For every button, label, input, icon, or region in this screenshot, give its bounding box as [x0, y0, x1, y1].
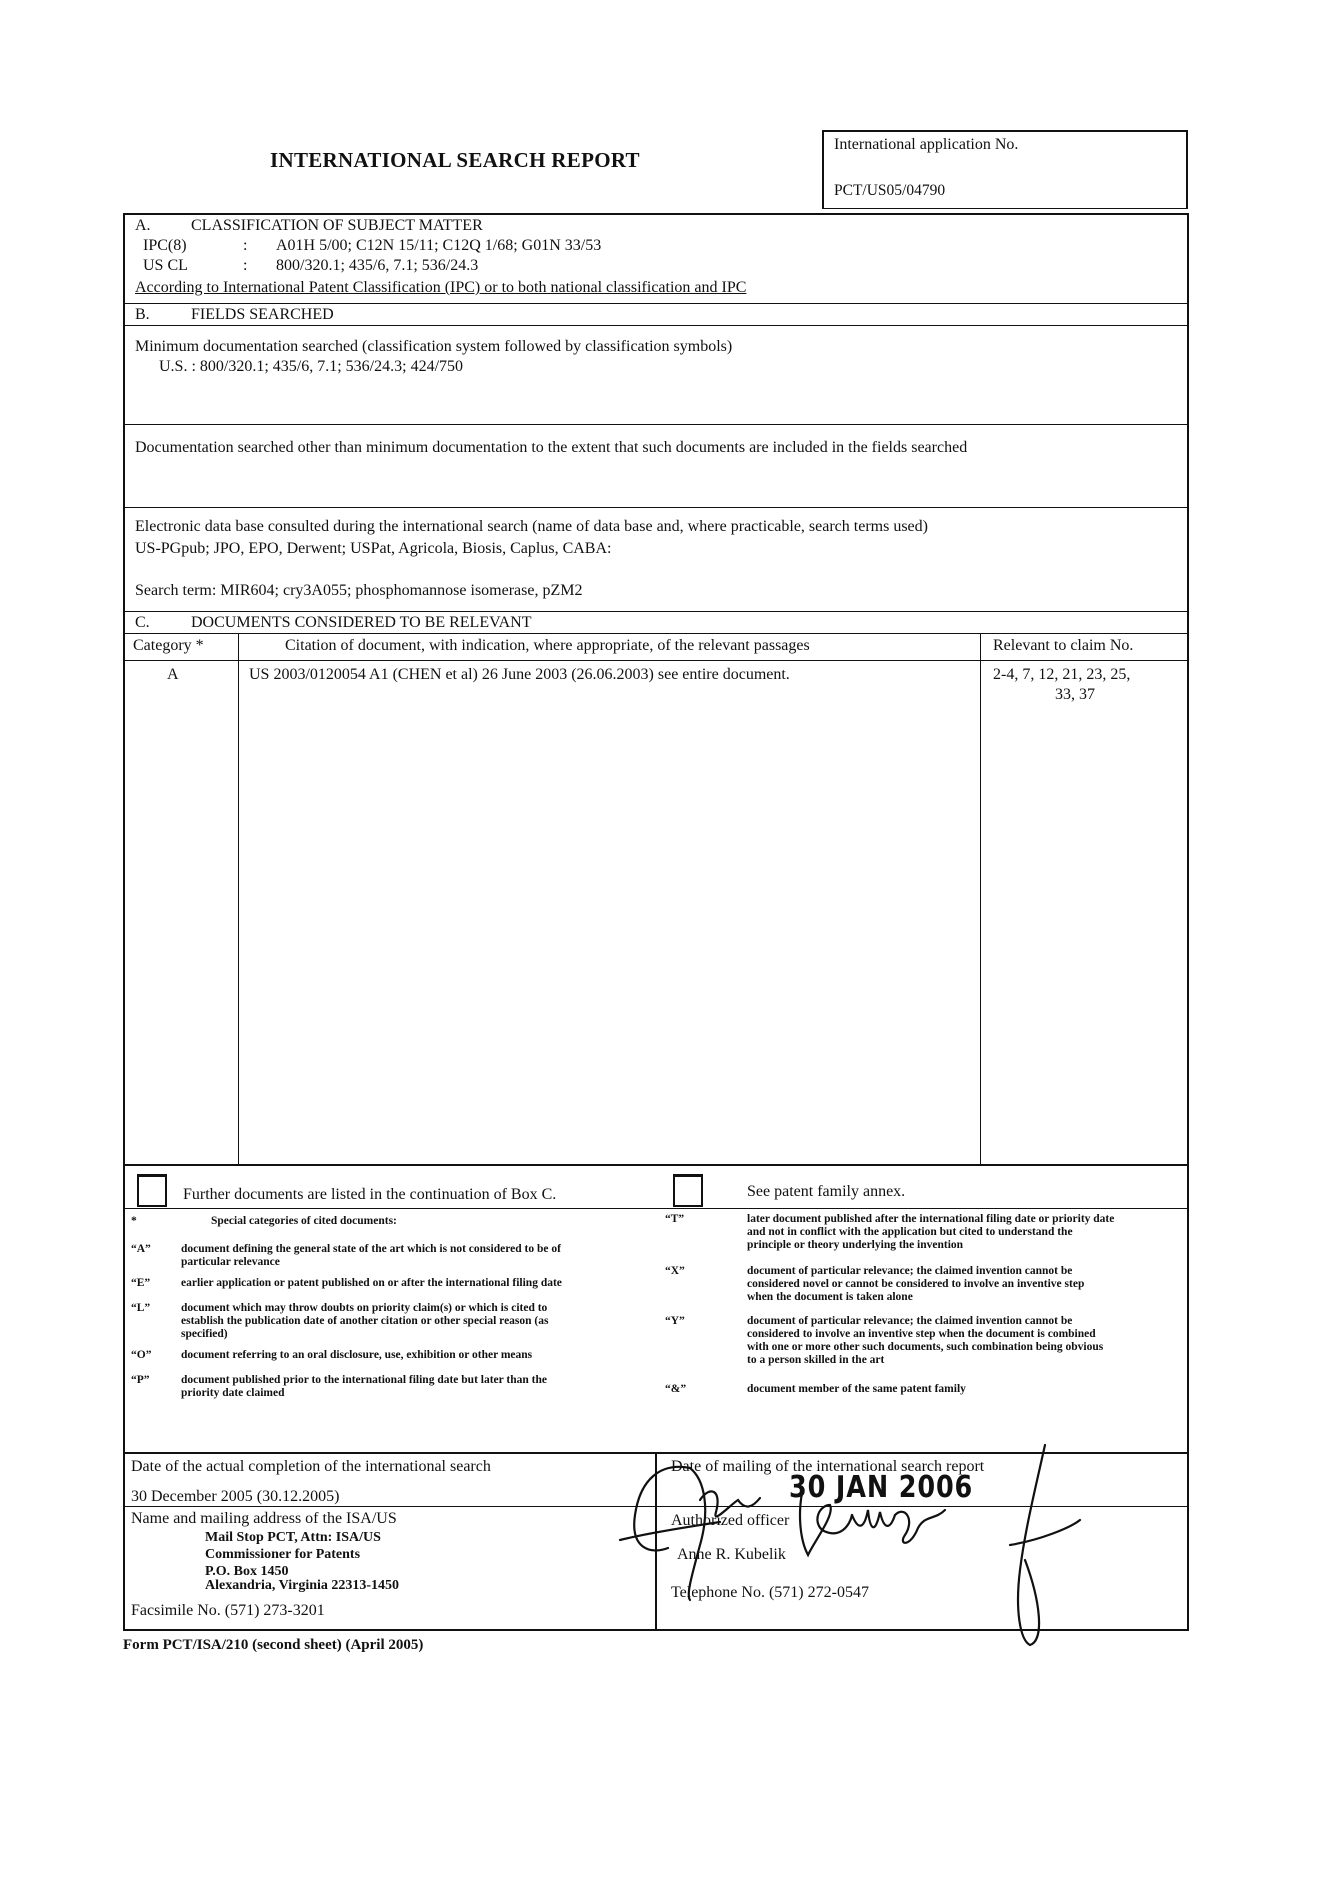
section-b-letter: B. — [135, 304, 191, 325]
officer-name: Anne R. Kubelik — [677, 1546, 786, 1564]
row-citation: US 2003/0120054 A1 (CHEN et al) 26 June … — [249, 666, 790, 684]
category-key: “E” — [131, 1277, 150, 1290]
section-b-header: B.FIELDS SEARCHED — [125, 304, 1187, 326]
special-categories: * Special categories of cited documents:… — [125, 1209, 1187, 1452]
row-claims: 2-4, 7, 12, 21, 23, 25, — [993, 666, 1130, 684]
continuation-checkboxes: Further documents are listed in the cont… — [125, 1166, 1187, 1209]
application-number-box: International application No. PCT/US05/0… — [822, 130, 1188, 209]
citations-table: Category * Citation of document, with in… — [125, 634, 1187, 1166]
according-note: According to International Patent Classi… — [135, 279, 746, 297]
category-key: “A” — [131, 1243, 151, 1256]
facsimile: Facsimile No. (571) 273-3201 — [131, 1602, 325, 1620]
isa-address-3: P.O. Box 1450 — [205, 1564, 289, 1579]
category-description: document published prior to the internat… — [181, 1374, 547, 1400]
isa-address-2: Commissioner for Patents — [205, 1547, 360, 1562]
category-key: “P” — [131, 1374, 150, 1387]
uscl-value: 800/320.1; 435/6, 7.1; 536/24.3 — [276, 257, 478, 274]
category-key: “X” — [665, 1265, 685, 1278]
electronic-label: Electronic data base consulted during th… — [135, 518, 928, 536]
other-documentation: Documentation searched other than minimu… — [125, 425, 1187, 508]
officer-label: Authorized officer — [671, 1512, 789, 1530]
ipc-label: IPC(8) — [143, 237, 243, 255]
category-description: document member of the same patent famil… — [747, 1383, 966, 1396]
completion-label: Date of the actual completion of the int… — [131, 1458, 491, 1476]
category-key: “&” — [665, 1383, 686, 1396]
col-header-relevant: Relevant to claim No. — [993, 637, 1133, 655]
category-description: document of particular relevance; the cl… — [747, 1265, 1084, 1304]
column-divider — [238, 634, 239, 1164]
row-claims-cont: 33, 37 — [1055, 686, 1095, 704]
section-c-heading: DOCUMENTS CONSIDERED TO BE RELEVANT — [191, 614, 531, 631]
category-key: “L” — [131, 1302, 150, 1315]
uscl-colon: : — [243, 257, 276, 275]
column-divider — [980, 634, 981, 1164]
application-number-label: International application No. — [834, 136, 1018, 154]
min-doc-value: U.S. : 800/320.1; 435/6, 7.1; 536/24.3; … — [159, 358, 463, 376]
isa-address-1: Mail Stop PCT, Attn: ISA/US — [205, 1530, 381, 1545]
report-form: A.CLASSIFICATION OF SUBJECT MATTER IPC(8… — [123, 213, 1189, 1631]
category-description: document of particular relevance; the cl… — [747, 1315, 1103, 1367]
ipc-colon: : — [243, 237, 276, 255]
further-documents-label: Further documents are listed in the cont… — [183, 1186, 556, 1204]
other-doc-label: Documentation searched other than minimu… — [135, 439, 967, 457]
min-doc-label: Minimum documentation searched (classifi… — [135, 338, 732, 356]
application-number-value: PCT/US05/04790 — [834, 182, 945, 200]
form-footer: Form PCT/ISA/210 (second sheet) (April 2… — [123, 1637, 423, 1654]
section-a-letter: A. — [135, 217, 191, 235]
telephone: Telephone No. (571) 272-0547 — [671, 1584, 869, 1602]
section-a-classification: A.CLASSIFICATION OF SUBJECT MATTER IPC(8… — [125, 215, 1187, 304]
categories-heading: Special categories of cited documents: — [211, 1215, 397, 1228]
section-c-letter: C. — [135, 612, 191, 633]
patent-family-label: See patent family annex. — [747, 1183, 905, 1201]
category-description: document defining the general state of t… — [181, 1243, 561, 1269]
header-divider — [125, 660, 1187, 661]
further-documents-checkbox[interactable] — [137, 1174, 167, 1207]
category-description: document which may throw doubts on prior… — [181, 1302, 548, 1341]
section-b-heading: FIELDS SEARCHED — [191, 306, 334, 323]
category-description: later document published after the inter… — [747, 1213, 1114, 1252]
ipc-value: A01H 5/00; C12N 15/11; C12Q 1/68; G01N 3… — [276, 237, 601, 254]
category-key: “Y” — [665, 1315, 685, 1328]
category-description: earlier application or patent published … — [181, 1277, 562, 1290]
section-a-heading: CLASSIFICATION OF SUBJECT MATTER — [191, 217, 483, 234]
section-c-header: C.DOCUMENTS CONSIDERED TO BE RELEVANT — [125, 612, 1187, 634]
category-description: document referring to an oral disclosure… — [181, 1349, 532, 1362]
patent-family-checkbox[interactable] — [673, 1174, 703, 1207]
search-terms: Search term: MIR604; cry3A055; phosphoma… — [135, 582, 582, 600]
signature-block: Date of the actual completion of the int… — [125, 1452, 1187, 1629]
col-header-category: Category * — [133, 637, 204, 655]
electronic-database: Electronic data base consulted during th… — [125, 508, 1187, 612]
electronic-value: US-PGpub; JPO, EPO, Derwent; USPat, Agri… — [135, 540, 611, 558]
uscl-label: US CL — [143, 257, 243, 275]
isa-address-4: Alexandria, Virginia 22313-1450 — [205, 1578, 399, 1593]
col-header-citation: Citation of document, with indication, w… — [285, 637, 810, 655]
report-title: INTERNATIONAL SEARCH REPORT — [270, 148, 640, 173]
category-key: “O” — [131, 1349, 151, 1362]
completion-date: 30 December 2005 (30.12.2005) — [131, 1488, 339, 1506]
category-key: “T” — [665, 1213, 684, 1226]
isa-label: Name and mailing address of the ISA/US — [131, 1510, 397, 1528]
categories-star: * — [131, 1215, 137, 1227]
minimum-documentation: Minimum documentation searched (classifi… — [125, 326, 1187, 425]
row-category: A — [167, 666, 179, 684]
mailing-date-stamp: 30 JAN 2006 — [789, 1470, 973, 1505]
